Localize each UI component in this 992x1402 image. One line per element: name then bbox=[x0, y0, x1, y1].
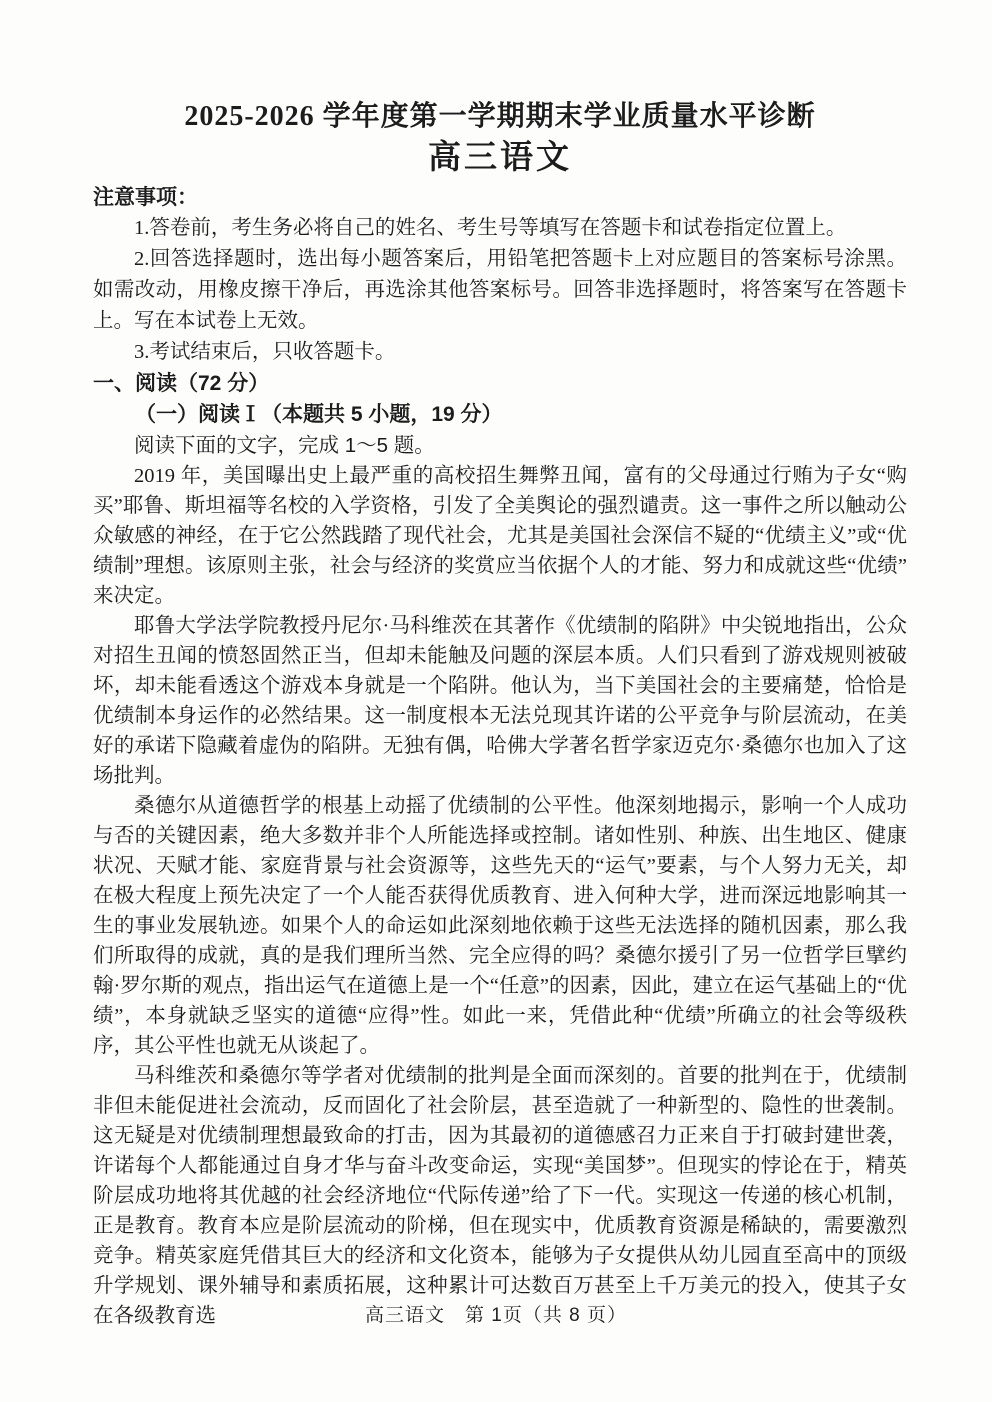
passage-paragraph-2: 耶鲁大学法学院教授丹尼尔·马科维茨在其著作《优绩制的陷阱》中尖锐地指出，公众对招… bbox=[93, 611, 907, 791]
passage-paragraph-3: 桑德尔从道德哲学的根基上动摇了优绩制的公平性。他深刻地揭示，影响一个人成功与否的… bbox=[93, 791, 907, 1061]
exam-paper-page: 2025-2026 学年度第一学期期末学业质量水平诊断 高三语文 注意事项： 1… bbox=[0, 0, 992, 1402]
notice-item-1: 1.答卷前，考生务必将自己的姓名、考生号等填写在答题卡和试卷指定位置上。 bbox=[93, 213, 907, 244]
exam-subject-title: 高三语文 bbox=[93, 135, 907, 179]
page-content: 2025-2026 学年度第一学期期末学业质量水平诊断 高三语文 注意事项： 1… bbox=[93, 0, 907, 1331]
notice-item-2: 2.回答选择题时，选出每小题答案后，用铅笔把答题卡上对应题目的答案标号涂黑。如需… bbox=[93, 244, 907, 337]
notice-heading: 注意事项： bbox=[93, 182, 907, 213]
passage-paragraph-1: 2019 年，美国曝出史上最严重的高校招生舞弊丑闻，富有的父母通过行贿为子女“购… bbox=[93, 461, 907, 611]
page-footer: 高三语文 第 1页（共 8 页） bbox=[0, 1300, 992, 1327]
notice-item-3: 3.考试结束后，只收答题卡。 bbox=[93, 337, 907, 368]
reading-instruction: 阅读下面的文字，完成 1～5 题。 bbox=[93, 430, 907, 461]
exam-title: 2025-2026 学年度第一学期期末学业质量水平诊断 bbox=[93, 98, 907, 135]
reading-passage: 2019 年，美国曝出史上最严重的高校招生舞弊丑闻，富有的父母通过行贿为子女“购… bbox=[93, 461, 907, 1331]
subsection-heading-reading-1: （一）阅读Ⅰ（本题共 5 小题，19 分） bbox=[93, 399, 907, 430]
passage-paragraph-4: 马科维茨和桑德尔等学者对优绩制的批判是全面而深刻的。首要的批判在于，优绩制非但未… bbox=[93, 1061, 907, 1331]
notice-section: 注意事项： 1.答卷前，考生务必将自己的姓名、考生号等填写在答题卡和试卷指定位置… bbox=[93, 182, 907, 368]
section-heading-reading: 一、阅读（72 分） bbox=[93, 368, 907, 399]
